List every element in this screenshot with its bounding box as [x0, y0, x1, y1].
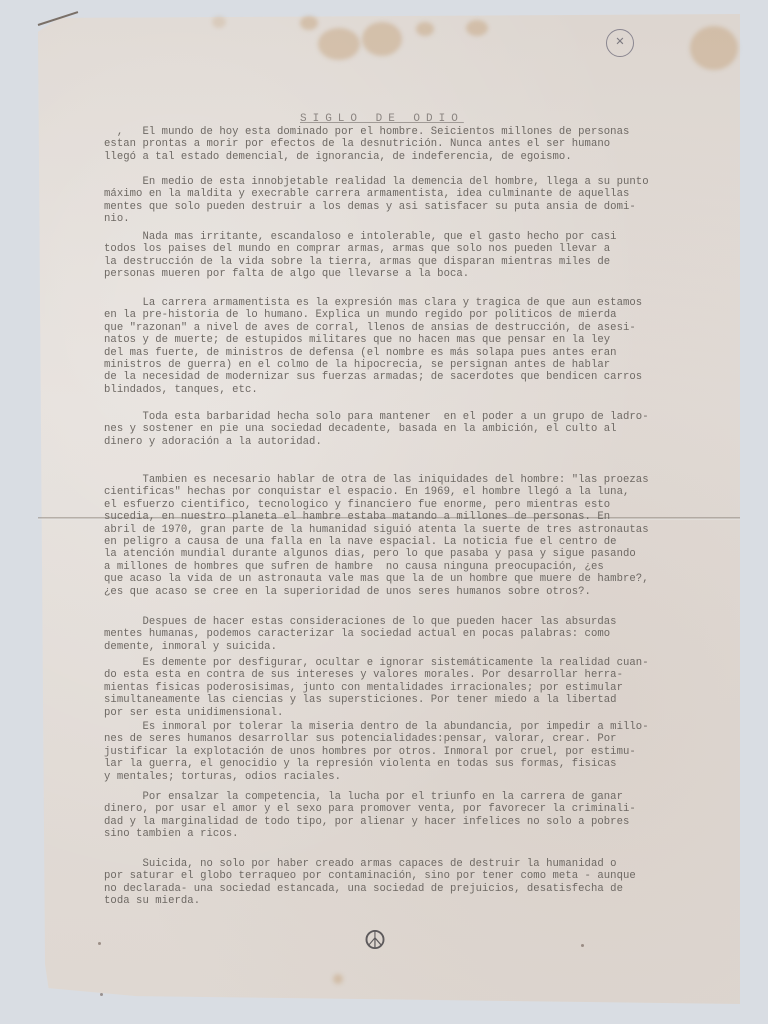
paragraph: Toda esta barbaridad hecha solo para man…	[104, 411, 700, 448]
text-line: la atención mundial durante algunos dias…	[104, 548, 700, 560]
text-line: la destrucción de la vida sobre la tierr…	[104, 256, 700, 268]
text-line: del mas fuerte, de ministros de defensa …	[104, 347, 700, 359]
text-line: en la pre-historia de lo humano. Explica…	[104, 309, 700, 321]
paragraph: , El mundo de hoy esta dominado por el h…	[104, 126, 700, 163]
text-line: cientificas" hechas por conquistar el es…	[104, 486, 700, 498]
text-line: ministros de guerra) en el colmo de la h…	[104, 359, 700, 371]
stain	[416, 22, 434, 36]
text-line: a millones de hombres que sufren de hamb…	[104, 561, 700, 573]
text-line: Tambien es necesario hablar de otra de l…	[104, 474, 700, 486]
document-title: SIGLO DE ODIO	[300, 113, 464, 125]
text-line: lar la guerra, el genocidio y la represi…	[104, 758, 700, 770]
speck	[100, 993, 103, 996]
paragraph: Nada mas irritante, escandaloso e intole…	[104, 231, 700, 281]
text-line: por ser esta unidimensional.	[104, 707, 700, 719]
text-line: y mentales; torturas, odios raciales.	[104, 771, 700, 783]
text-line: La carrera armamentista es la expresión …	[104, 297, 700, 309]
text-line: abril de 1970, gran parte de la humanida…	[104, 524, 700, 536]
stain	[318, 28, 360, 60]
text-line: simultaneamente las ciencias y las super…	[104, 694, 700, 706]
text-line: mientas fisicas poderosisimas, junto con…	[104, 682, 700, 694]
text-line: de la necesidad de modernizar sus fuerza…	[104, 371, 700, 383]
text-line: en peligro a causa de una falla en la na…	[104, 536, 700, 548]
text-line: justificar la explotación de unos hombre…	[104, 746, 700, 758]
paragraph: Suicida, no solo por haber creado armas …	[104, 858, 700, 908]
text-line: dad y la marginalidad de todo tipo, por …	[104, 816, 700, 828]
paragraph: La carrera armamentista es la expresión …	[104, 297, 700, 396]
text-line: Nada mas irritante, escandaloso e intole…	[104, 231, 700, 243]
text-line: Es demente por desfigurar, ocultar e ign…	[104, 657, 700, 669]
paragraph: Por ensalzar la competencia, la lucha po…	[104, 791, 700, 841]
text-line: demente, inmoral y suicida.	[104, 641, 700, 653]
text-line: natos y de muerte; de estupidos militare…	[104, 334, 700, 346]
text-line: toda su mierda.	[104, 895, 700, 907]
text-line: personas mueren por falta de algo que ll…	[104, 268, 700, 280]
paragraph: En medio de esta innobjetable realidad l…	[104, 176, 700, 226]
text-line: Despues de hacer estas consideraciones d…	[104, 616, 700, 628]
text-line: sucedia, en nuestro planeta el hambre es…	[104, 511, 700, 523]
stain	[466, 20, 488, 36]
stain	[300, 16, 318, 30]
text-line: En medio de esta innobjetable realidad l…	[104, 176, 700, 188]
text-line: dinero y adoración a la autoridad.	[104, 436, 700, 448]
text-line: ¿es que acaso se cree en la superioridad…	[104, 586, 700, 598]
speck	[98, 942, 101, 945]
stain	[690, 26, 738, 70]
text-line: do esta esta en contra de sus intereses …	[104, 669, 700, 681]
paragraph: Es demente por desfigurar, ocultar e ign…	[104, 657, 700, 719]
peace-symbol-icon: ☮	[362, 928, 388, 954]
text-line: llegó a tal estado demencial, de ignoran…	[104, 151, 700, 163]
text-line: dinero, por usar el amor y el sexo para …	[104, 803, 700, 815]
text-line: que acaso la vida de un astronauta vale …	[104, 573, 700, 585]
text-line: sino tambien a ricos.	[104, 828, 700, 840]
text-line: nes de seres humanos desarrollar sus pot…	[104, 733, 700, 745]
text-line: por saturar el globo terraqueo por conta…	[104, 870, 700, 882]
text-line: estan prontas a morir por efectos de la …	[104, 138, 700, 150]
text-line: blindados, tanques, etc.	[104, 384, 700, 396]
text-line: máximo en la maldita y execrable carrera…	[104, 188, 700, 200]
stain	[362, 22, 402, 56]
text-line: Toda esta barbaridad hecha solo para man…	[104, 411, 700, 423]
text-line: mentes que solo pueden destruir a los de…	[104, 201, 700, 213]
text-line: Es inmoral por tolerar la miseria dentro…	[104, 721, 700, 733]
text-line: , El mundo de hoy esta dominado por el h…	[104, 126, 700, 138]
text-line: mentes humanas, podemos caracterizar la …	[104, 628, 700, 640]
text-line: Suicida, no solo por haber creado armas …	[104, 858, 700, 870]
text-line: el esfuerzo cientifico, tecnologico y fi…	[104, 499, 700, 511]
speck	[581, 944, 584, 947]
stain	[212, 16, 226, 28]
text-line: todos los paises del mundo en comprar ar…	[104, 243, 700, 255]
text-line: nes y sostener en pie una sociedad decad…	[104, 423, 700, 435]
text-line: que "razonan" a nivel de aves de corral,…	[104, 322, 700, 334]
stain	[333, 974, 343, 984]
paragraph: Es inmoral por tolerar la miseria dentro…	[104, 721, 700, 783]
text-line: nio.	[104, 213, 700, 225]
paragraph: Despues de hacer estas consideraciones d…	[104, 616, 700, 653]
text-line: Por ensalzar la competencia, la lucha po…	[104, 791, 700, 803]
text-line: no declarada- una sociedad estancada, un…	[104, 883, 700, 895]
crossed-circle-stamp-icon: ✕	[606, 29, 634, 57]
paragraph: Tambien es necesario hablar de otra de l…	[104, 474, 700, 598]
